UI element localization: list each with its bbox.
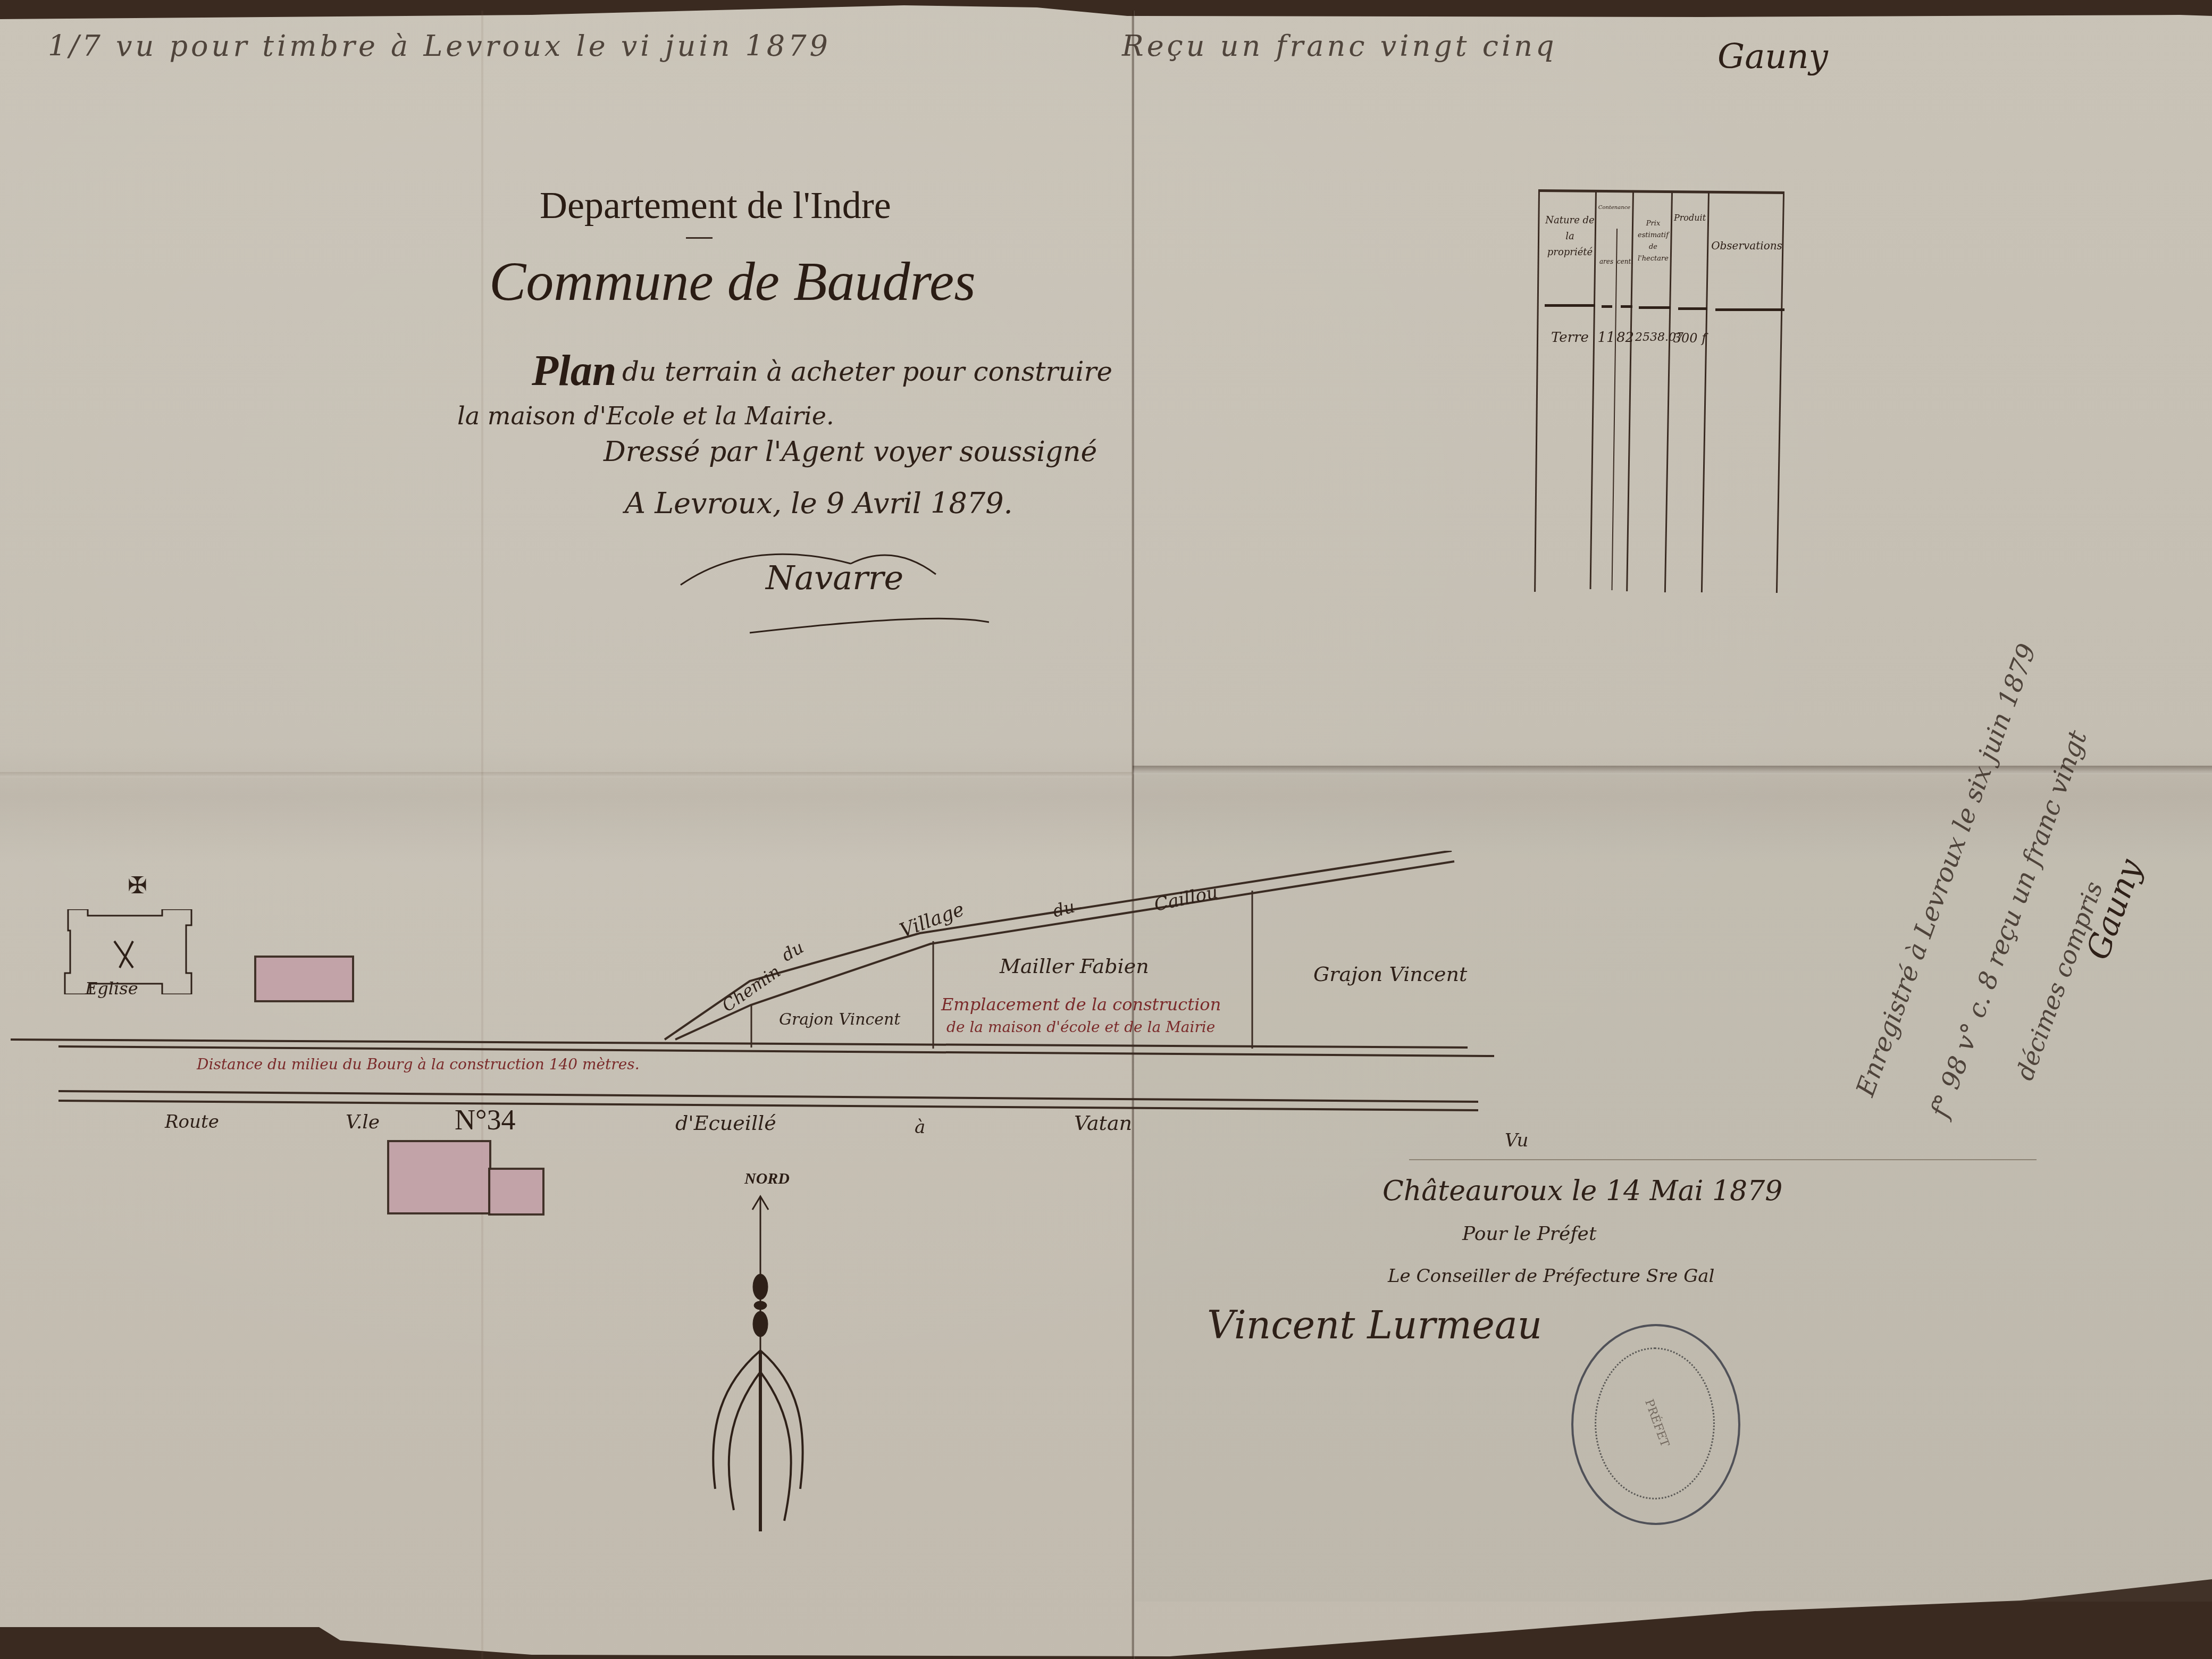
top-note-right: Reçu un franc vingt cinq	[1122, 29, 1557, 63]
cell-nature: Terre	[1545, 330, 1595, 346]
title-separator	[686, 237, 713, 239]
cell-centiares: 82	[1616, 330, 1633, 346]
route-number: N°34	[455, 1103, 516, 1136]
site-label-line1: Emplacement de la construction	[941, 994, 1221, 1015]
approval-rule	[1409, 1159, 2037, 1160]
th-centiares: cent.	[1616, 258, 1633, 265]
route-word-6: Vatan	[1074, 1111, 1132, 1135]
route-word-4: d'Ecueillé	[675, 1111, 776, 1135]
route-word-2: V.le	[346, 1111, 380, 1133]
table-header-rule	[1545, 304, 1595, 307]
approval-place-date: Châteauroux le 14 Mai 1879	[1382, 1175, 1782, 1207]
table-header-rule	[1715, 308, 1784, 311]
th-prix: Prix estimatif de l'hectare	[1635, 218, 1671, 265]
cell-produit: 300 f	[1672, 331, 1707, 346]
plan-title-lead: Plan	[532, 346, 616, 396]
th-nature: Nature de la propriété	[1545, 213, 1595, 261]
table-header-rule	[1621, 305, 1632, 308]
route-word-5: à	[915, 1117, 925, 1138]
center-fold-vertical	[1132, 11, 1135, 1659]
distance-label: Distance du milieu du Bourg à la constru…	[197, 1055, 640, 1073]
owner-mailler: Mailler Fabien	[1000, 954, 1149, 978]
approval-for: Pour le Préfet	[1462, 1223, 1596, 1245]
building-parcel-3	[488, 1168, 544, 1216]
th-observations: Observations	[1710, 239, 1784, 252]
prefecture-seal-icon: PRÉFET	[1571, 1324, 1740, 1525]
th-produit: Produit	[1672, 213, 1707, 223]
th-contenance: Contenance	[1595, 205, 1633, 211]
cell-ares: 11	[1596, 330, 1616, 346]
drawn-by: Dressé par l'Agent voyer soussigné	[604, 436, 1097, 468]
plan-title-rest: du terrain à acheter pour construire	[622, 356, 1112, 387]
table-header-rule	[1678, 307, 1707, 310]
cell-prix: 2538.07	[1635, 331, 1671, 344]
north-label: NORD	[744, 1170, 790, 1188]
table-header-rule	[1639, 306, 1671, 309]
top-note-left: 1/7 vu pour timbre à Levroux le vi juin …	[48, 29, 831, 63]
place-date: A Levroux, le 9 Avril 1879.	[625, 487, 1013, 520]
map-lines	[0, 851, 1542, 1149]
commune-title: Commune de Baudres	[489, 250, 976, 313]
north-arrow-icon	[691, 1191, 829, 1659]
fold-horizontal-left	[0, 772, 1133, 777]
table-header-rule	[1602, 305, 1612, 308]
plan-title-line2: la maison d'Ecole et la Mairie.	[457, 401, 834, 430]
department-title: Departement de l'Indre	[540, 183, 891, 228]
signature-flourish-icon	[670, 532, 989, 638]
top-note-signature: Gauny	[1717, 37, 1828, 77]
fold-line-left	[481, 11, 483, 1659]
owner-grajon-left: Grajon Vincent	[779, 1010, 900, 1029]
site-label-line2: de la maison d'école et de la Mairie	[946, 1018, 1215, 1036]
approval-vu: Vu	[1505, 1130, 1528, 1151]
route-word-1: Route	[165, 1111, 219, 1133]
th-ares: ares	[1596, 258, 1616, 265]
approval-signature: Vincent Lurmeau	[1207, 1303, 1542, 1347]
approval-role: Le Conseiller de Préfecture Sre Gal	[1388, 1266, 1714, 1287]
owner-grajon-right: Grajon Vincent	[1313, 962, 1467, 986]
building-parcel-2	[387, 1140, 491, 1214]
